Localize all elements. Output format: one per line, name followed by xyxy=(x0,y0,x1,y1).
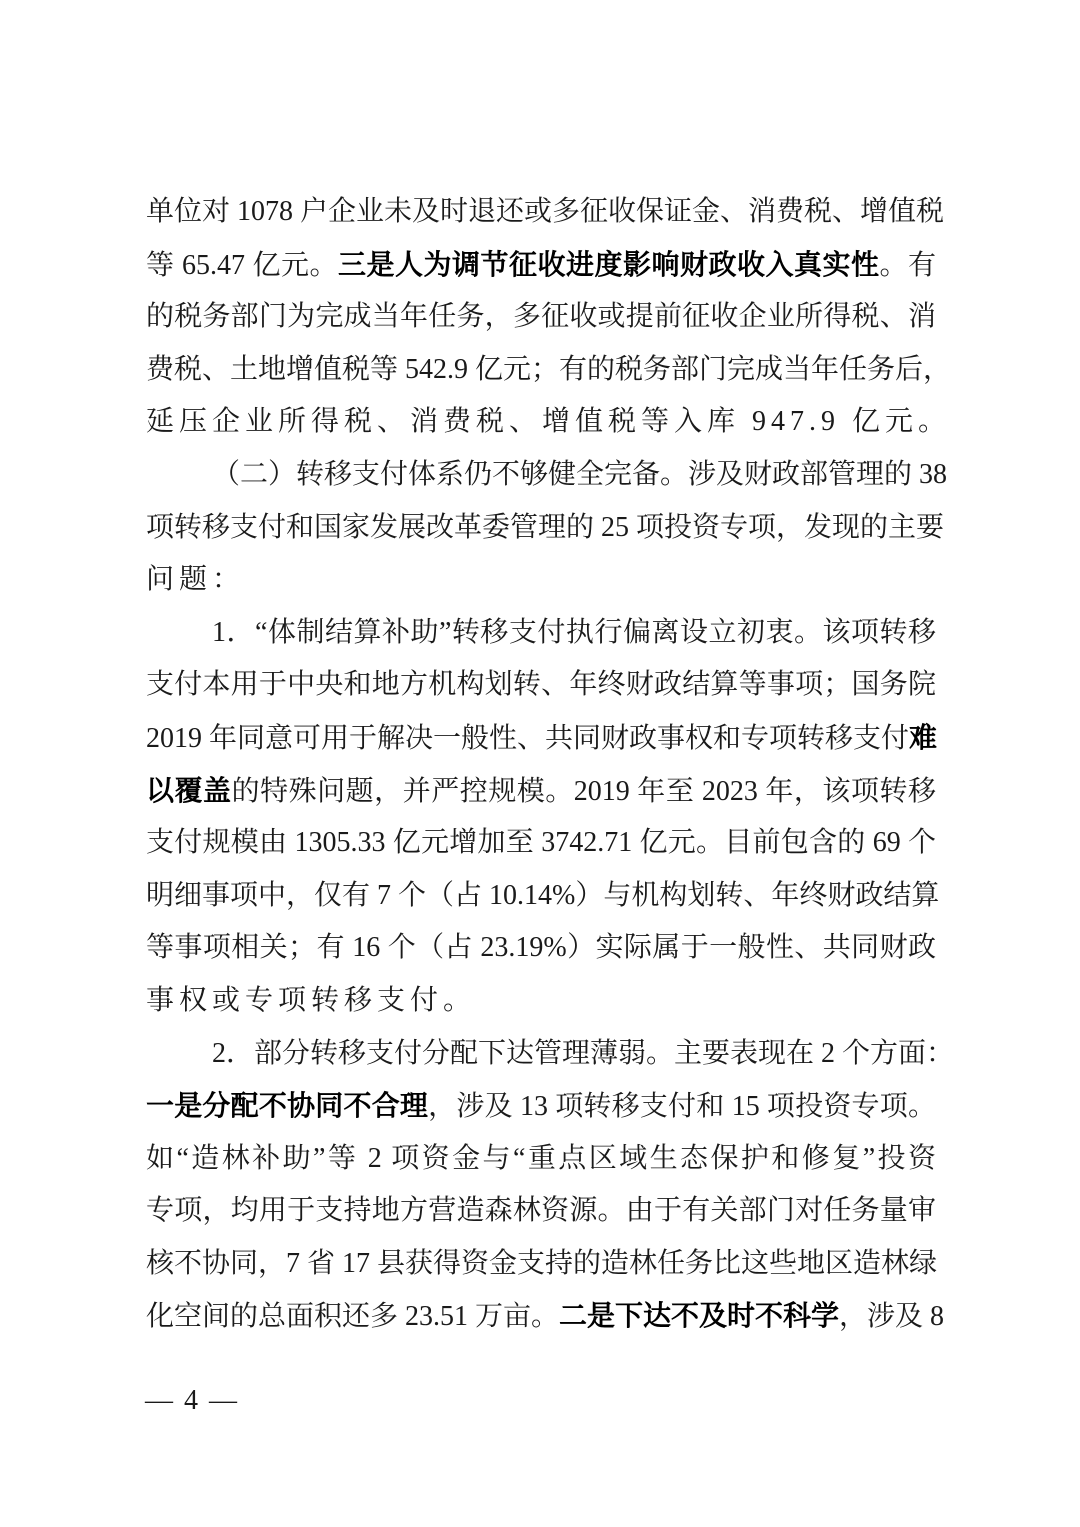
text-segment: 单位对 1078 户企业未及时退还或多征收保证金、消费税、增值税 xyxy=(146,196,944,227)
text-segment: 1．“体制结算补助”转移支付执行偏离设立初衷。该项转移 xyxy=(212,617,936,648)
item-1-heading: 1．“体制结算补助”转移支付执行偏离设立初衷。该项转移 xyxy=(146,610,936,663)
text-segment: 如“造林补助”等 2 项资金与“重点区域生态保护和修复”投资 xyxy=(146,1143,936,1174)
text-line-8: 问题： xyxy=(146,557,936,610)
text-line-5: 延压企业所得税、消费税、增值税等入库 947.9 亿元。 xyxy=(146,399,936,452)
text-segment: 支付规模由 1305.33 亿元增加至 3742.71 亿元。目前包含的 69 … xyxy=(146,827,936,858)
text-segment: 问题： xyxy=(146,564,245,595)
text-segment: （二）转移支付体系仍不够健全完备。涉及财政部管理的 38 xyxy=(212,459,947,490)
text-segment: 专项，均用于支持地方营造森林资源。由于有关部门对任务量审 xyxy=(146,1195,936,1226)
bold-emphasis: 以覆盖 xyxy=(146,774,232,807)
bold-emphasis: 难 xyxy=(909,721,937,754)
text-segment: 延压企业所得税、消费税、增值税等入库 947.9 亿元。 xyxy=(146,406,951,437)
text-line-22: 化空间的总面积还多 23.51 万亩。二是下达不及时不科学，涉及 8 xyxy=(146,1293,936,1346)
text-line-20: 专项，均用于支持地方营造森林资源。由于有关部门对任务量审 xyxy=(146,1188,936,1241)
text-segment: 2019 年同意可用于解决一般性、共同财政事权和专项转移支付 xyxy=(146,723,909,754)
text-segment: 等事项相关；有 16 个（占 23.19%）实际属于一般性、共同财政 xyxy=(146,932,936,963)
section-heading-transfer-payments: （二）转移支付体系仍不够健全完备。涉及财政部管理的 38 xyxy=(146,452,936,505)
text-line-18: 一是分配不协同不合理，涉及 13 项转移支付和 15 项投资专项。 xyxy=(146,1083,936,1136)
text-line-7: 项转移支付和国家发展改革委管理的 25 项投资专项，发现的主要 xyxy=(146,505,936,558)
text-line-14: 明细事项中，仅有 7 个（占 10.14%）与机构划转、年终财政结算 xyxy=(146,873,936,926)
text-segment: ，涉及 8 xyxy=(839,1301,944,1332)
text-segment: ，涉及 13 项转移支付和 15 项投资专项。 xyxy=(428,1091,936,1122)
text-segment: 等 65.47 亿元。 xyxy=(146,250,338,281)
document-page: 单位对 1078 户企业未及时退还或多征收保证金、消费税、增值税 等 65.47… xyxy=(146,189,936,1346)
text-segment: 事权或专项转移支付。 xyxy=(146,985,476,1016)
text-line-10: 支付本用于中央和地方机构划转、年终财政结算等事项；国务院 xyxy=(146,662,936,715)
text-segment: 核不协同，7 省 17 县获得资金支持的造林任务比这些地区造林绿 xyxy=(146,1248,937,1279)
text-line-1: 单位对 1078 户企业未及时退还或多征收保证金、消费税、增值税 xyxy=(146,189,936,242)
text-line-3: 的税务部门为完成当年任务，多征收或提前征收企业所得税、消 xyxy=(146,294,936,347)
text-segment: 化空间的总面积还多 23.51 万亩。 xyxy=(146,1301,559,1332)
text-segment: 。有 xyxy=(879,250,936,281)
text-segment: 费税、土地增值税等 542.9 亿元；有的税务部门完成当年任务后， xyxy=(146,354,951,385)
text-segment: 的特殊问题，并严控规模。2019 年至 2023 年，该项转移 xyxy=(232,776,936,807)
text-line-15: 等事项相关；有 16 个（占 23.19%）实际属于一般性、共同财政 xyxy=(146,925,936,978)
text-line-21: 核不协同，7 省 17 县获得资金支持的造林任务比这些地区造林绿 xyxy=(146,1241,936,1294)
text-segment: 支付本用于中央和地方机构划转、年终财政结算等事项；国务院 xyxy=(146,669,936,700)
bold-heading-third-point: 三是人为调节征收进度影响财政收入真实性 xyxy=(338,248,879,281)
text-line-11: 2019 年同意可用于解决一般性、共同财政事权和专项转移支付难 xyxy=(146,715,936,768)
text-segment: 2．部分转移支付分配下达管理薄弱。主要表现在 2 个方面： xyxy=(212,1038,954,1069)
text-segment: 明细事项中，仅有 7 个（占 10.14%）与机构划转、年终财政结算 xyxy=(146,880,939,911)
bold-heading-first-point: 一是分配不协同不合理 xyxy=(146,1089,428,1122)
text-segment: 的税务部门为完成当年任务，多征收或提前征收企业所得税、消 xyxy=(146,301,936,332)
text-line-4: 费税、土地增值税等 542.9 亿元；有的税务部门完成当年任务后， xyxy=(146,347,936,400)
text-line-2: 等 65.47 亿元。三是人为调节征收进度影响财政收入真实性。有 xyxy=(146,242,936,295)
text-line-19: 如“造林补助”等 2 项资金与“重点区域生态保护和修复”投资 xyxy=(146,1136,936,1189)
text-segment: 项转移支付和国家发展改革委管理的 25 项投资专项，发现的主要 xyxy=(146,512,944,543)
page-number: — 4 — xyxy=(145,1383,239,1419)
text-line-12: 以覆盖的特殊问题，并严控规模。2019 年至 2023 年，该项转移 xyxy=(146,768,936,821)
item-2-heading: 2．部分转移支付分配下达管理薄弱。主要表现在 2 个方面： xyxy=(146,1031,936,1084)
text-line-13: 支付规模由 1305.33 亿元增加至 3742.71 亿元。目前包含的 69 … xyxy=(146,820,936,873)
bold-heading-second-point: 二是下达不及时不科学 xyxy=(559,1299,839,1332)
text-line-16: 事权或专项转移支付。 xyxy=(146,978,936,1031)
